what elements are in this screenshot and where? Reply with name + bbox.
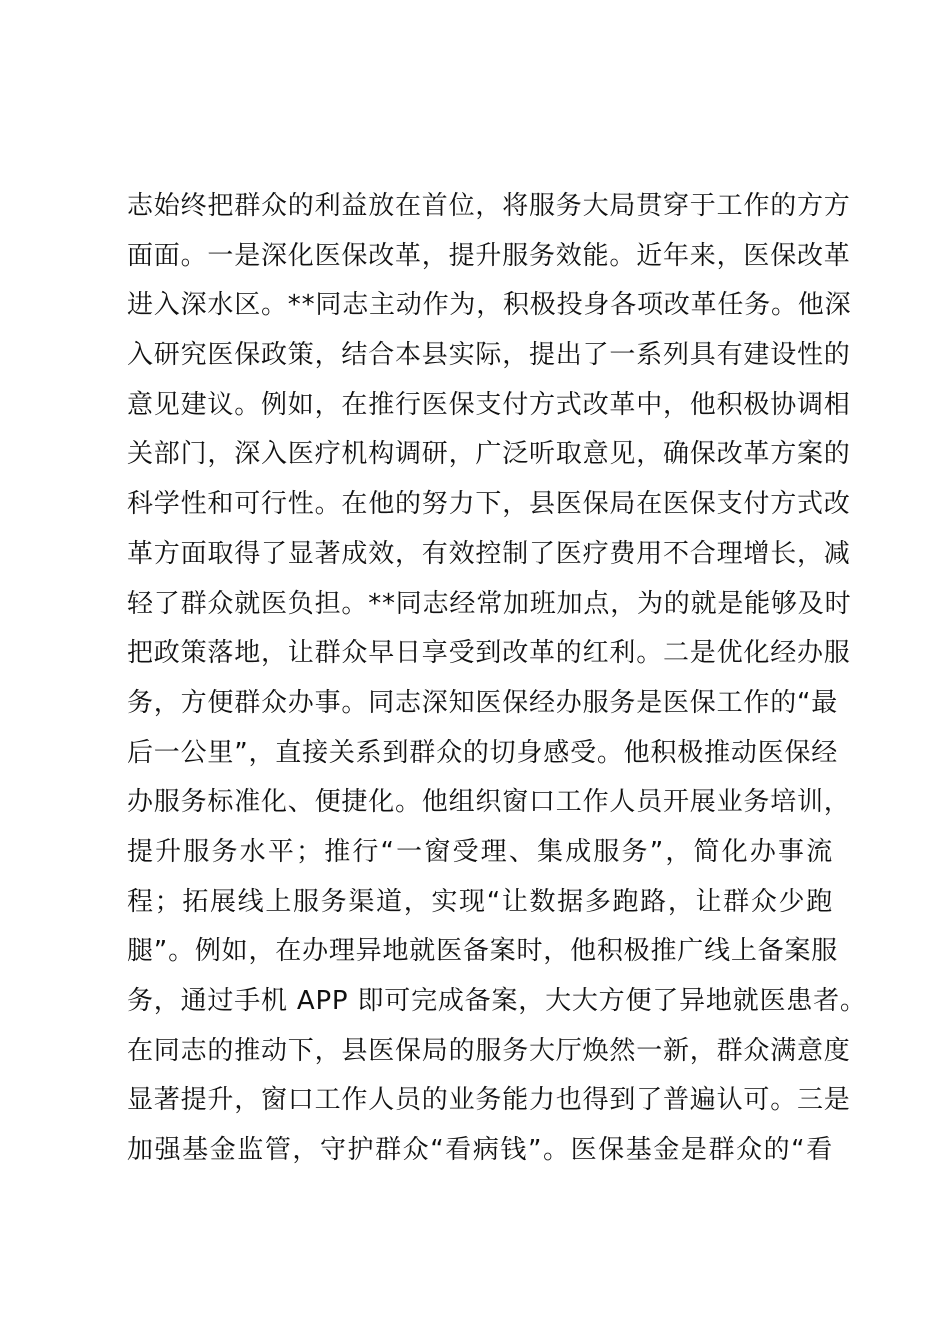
paragraph-line: 办服务标准化、便捷化。他组织窗口工作人员开展业务培训， (127, 782, 833, 832)
paragraph-line: 科学性和可行性。在他的努力下，县医保局在医保支付方式改 (127, 484, 833, 534)
paragraph-line: 进入深水区。**同志主动作为，积极投身各项改革任务。他深 (127, 285, 833, 335)
paragraph-line: 轻了群众就医负担。**同志经常加班加点，为的就是能够及时 (127, 584, 833, 634)
paragraph-line: 显著提升，窗口工作人员的业务能力也得到了普遍认可。三是 (127, 1080, 833, 1130)
document-page: 志始终把群众的利益放在首位，将服务大局贯穿于工作的方方 面面。一是深化医保改革，… (0, 0, 950, 1344)
paragraph-line: 志始终把群众的利益放在首位，将服务大局贯穿于工作的方方 (127, 186, 833, 236)
paragraph-line: 务，通过手机 APP 即可完成备案，大大方便了异地就医患者。 (127, 981, 833, 1031)
paragraph-line: 腿”。例如，在办理异地就医备案时，他积极推广线上备案服 (127, 931, 833, 981)
paragraph-line: 面面。一是深化医保改革，提升服务效能。近年来，医保改革 (127, 236, 833, 286)
paragraph-line: 意见建议。例如，在推行医保支付方式改革中，他积极协调相 (127, 385, 833, 435)
paragraph-line: 把政策落地，让群众早日享受到改革的红利。二是优化经办服 (127, 633, 833, 683)
paragraph-line: 程；拓展线上服务渠道，实现“让数据多跑路，让群众少跑 (127, 882, 833, 932)
paragraph-line: 后一公里”，直接关系到群众的切身感受。他积极推动医保经 (127, 733, 833, 783)
paragraph-line: 务，方便群众办事。同志深知医保经办服务是医保工作的“最 (127, 683, 833, 733)
body-paragraph: 志始终把群众的利益放在首位，将服务大局贯穿于工作的方方 面面。一是深化医保改革，… (127, 186, 833, 1180)
paragraph-line: 关部门，深入医疗机构调研，广泛听取意见，确保改革方案的 (127, 434, 833, 484)
paragraph-line: 加强基金监管，守护群众“看病钱”。医保基金是群众的“看 (127, 1130, 833, 1180)
paragraph-line: 在同志的推动下，县医保局的服务大厅焕然一新，群众满意度 (127, 1031, 833, 1081)
paragraph-line: 革方面取得了显著成效，有效控制了医疗费用不合理增长，减 (127, 534, 833, 584)
paragraph-line: 入研究医保政策，结合本县实际，提出了一系列具有建设性的 (127, 335, 833, 385)
paragraph-line: 提升服务水平；推行“一窗受理、集成服务”，简化办事流 (127, 832, 833, 882)
